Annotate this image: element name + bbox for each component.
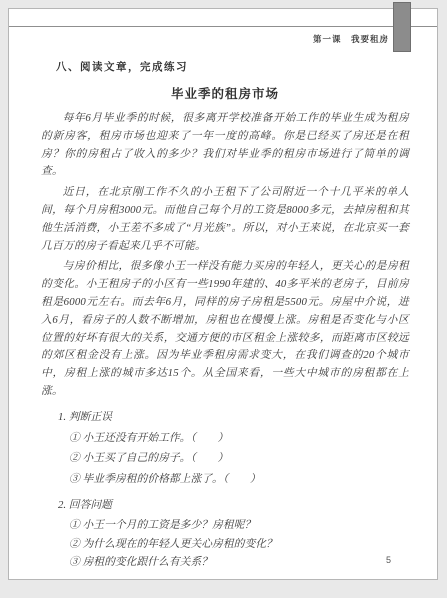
article-paragraph: 近日，在北京刚工作不久的小王租下了公司附近一个十几平米的单人间，每个月房租300… <box>41 184 409 255</box>
exercise-item: ③ 房租的变化跟什么有关系？ <box>69 553 409 572</box>
exercise-item: ① 小王一个月的工资是多少？房租呢？ <box>69 516 409 535</box>
header-rule <box>9 26 437 27</box>
article-title: 毕业季的租房市场 <box>41 84 409 102</box>
exercise-questions: 2. 回答问题 ① 小王一个月的工资是多少？房租呢？ ② 为什么现在的年轻人更关… <box>41 497 409 572</box>
page-content: 八、阅读文章，完成练习 毕业季的租房市场 每年6月毕业季的时候，很多离开学校准备… <box>41 59 409 572</box>
article-paragraph: 与房价相比，很多像小王一样没有能力买房的年轻人，更关心的是房租的变化。小王租房子… <box>41 258 409 400</box>
page-number: 5 <box>386 555 391 565</box>
exercise-true-false: 1. 判断正误 ① 小王还没有开始工作。（ ） ② 小王买了自己的房子。（ ） … <box>41 409 409 490</box>
exercise-item: ② 为什么现在的年轻人更关心房租的变化？ <box>69 535 409 554</box>
chapter-tab-marker <box>393 2 411 52</box>
chapter-header: 第一课 我要租房 <box>313 33 389 45</box>
section-heading: 八、阅读文章，完成练习 <box>56 59 409 74</box>
exercise-item: ① 小王还没有开始工作。（ ） <box>69 428 409 449</box>
exercise-item: ② 小王买了自己的房子。（ ） <box>69 448 409 469</box>
exercise-heading: 1. 判断正误 <box>58 409 409 424</box>
textbook-page: 第一课 我要租房 八、阅读文章，完成练习 毕业季的租房市场 每年6月毕业季的时候… <box>8 8 438 580</box>
article-paragraph: 每年6月毕业季的时候，很多离开学校准备开始工作的毕业生成为租房的新房客，租房市场… <box>41 110 409 181</box>
exercise-item: ③ 毕业季房租的价格都上涨了。（ ） <box>69 469 409 490</box>
exercise-heading: 2. 回答问题 <box>58 497 409 512</box>
